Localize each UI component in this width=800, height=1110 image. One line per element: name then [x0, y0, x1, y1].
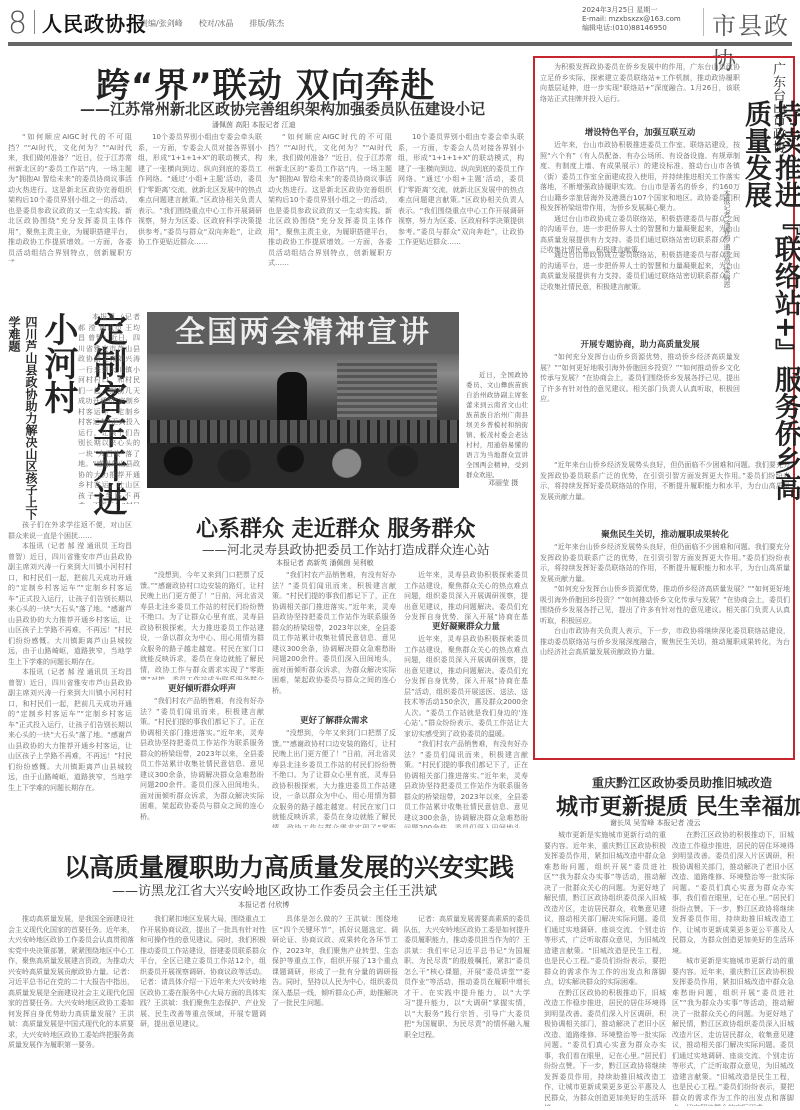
article4-subhead-3: 聚焦民生关切，推动履职成果转化 [540, 528, 790, 540]
article4-intro: 为积极发挥政协委员在侨乡发展中的作用，广东台山市政协立足侨乡实际，探索建立委员联… [540, 62, 740, 128]
article5-byline: 谢长凤 吴雪峰 本报记者 凌云 [610, 818, 701, 828]
article3-title[interactable]: 心系群众 走近群众 服务群众 [196, 512, 475, 543]
article5-kicker: 重庆黔江区政协委员助推旧城改造 [592, 774, 772, 791]
article2-body: 本报讯（记者 郝 滢 通讯员 王均昌 曾智）近日，四川省雅安市芦山县政协副主席刘… [78, 312, 140, 504]
article6-subtitle: ——访黑龙江省大兴安岭地区政协工作委员会主任王洪斌 [112, 880, 437, 899]
article1-body-col2: 10个委员界别小组由专委会牵头联系，一方面，专委会人员对接各界别小组，形成“1+… [138, 132, 262, 262]
page-meta: 2024年3月25日 星期一 E-mail: mzxbsxzx@163.com … [582, 6, 681, 33]
article1-subtitle: ——江苏常州新北区政协完善组织架构加强委员队伍建设小记 [80, 98, 485, 119]
article3-body-col3: 近年来，灵寿县政协积极探索委员工作站建设，聚焦群众关心的热点难点问题，组织委员深… [404, 570, 528, 620]
newspaper-logo: 人民政协报 [42, 8, 147, 37]
layout-credit: 排版/陈杰 [249, 18, 284, 29]
article4-body-5: “近年来台山侨乡经济发展势头良好，但仍面临不少困难和问题。我们要充分发挥政协委员… [540, 542, 790, 754]
article4-byline: 本报记者 汤春梅 通讯员 梁锦恩 [722, 190, 732, 350]
article3-body-col1: “没想到，今年又来到门口把票了反馈。”“感谢政协村口边安装的路灯，让村民晚上出门… [140, 570, 264, 680]
article1-body-col4: 10个委员界别小组由专委会牵头联系，一方面，专委会人员对接各界别小组，形成“1+… [398, 132, 524, 292]
article4-subhead-2: 开展专题协商，助力高质量发展 [540, 338, 740, 350]
photo-railing [147, 420, 459, 444]
photo-credit: 邓丽莹 摄 [488, 478, 518, 488]
article3-subhead-2: 更好了解群众需求 [272, 714, 396, 726]
article1-body-col1: “如何顺应AIGC时代的不可阻挡？”“AI时代，文化何为？”“AI时代来，我们做… [8, 132, 132, 262]
article2-body-continued: 孩子们在外求学往返不便，对山区群众来说一直是个困扰……本报讯（记者 郝 滢 通讯… [8, 520, 132, 830]
article6-body-col3: 具体是怎么做的？王洪斌：围绕地区“四个关键环节”，抓好议题选定、调研论证、协商议… [272, 914, 398, 1106]
article6-body-col2: 我们紧扣地区发展大局，围绕重点工作开展协商议政，提出了一批具有针对性和可操作性的… [140, 914, 266, 1106]
article3-body-col2: “我们村农产品销售难，有没有好办法？”委员们闻讯而来，积极建言献策。“村民们提的… [272, 570, 396, 694]
article3-body-col1b: “我们村农产品销售难，有没有好办法？”委员们闻讯而来，积极建言献策。“村民们提的… [140, 696, 264, 828]
photo-banner-text: 全国两会精神宣讲 [147, 312, 459, 354]
article3-subtitle: ——河北灵寿县政协把委员工作站打造成群众连心站 [202, 540, 490, 558]
article4-body-3: “如何充分发挥台山侨乡资源优势，推动侨乡经济高质量发展？”“如何更好地吸引海外侨… [540, 352, 740, 460]
photo-caption: 近日，全国政协委员、文山彝族苗族自治州政协副主席张蕾来到云南省文山壮族苗族自治州… [466, 370, 528, 478]
article3-body-col2b: “没想到，今年又来到门口把票了反馈。”“感谢政协村口边安装的路灯，让村民晚上出门… [272, 728, 396, 828]
article6-byline: 本报记者 付欣博 [238, 900, 289, 910]
article5-body-col2: 在黔江区政协的积极推动下，旧城改造工作稳步推进，居民的居住环境得到明显改善。委员… [672, 830, 794, 1106]
article6-body-col4: 记者：高质量发展需要高素质的委员队伍，大兴安岭地区政协工委是如何提升委员履职能力… [404, 914, 530, 1106]
article3-body-col3b: 近年来，灵寿县政协积极探索委员工作站建设，聚焦群众关心的热点难点问题，组织委员深… [404, 634, 528, 828]
page-number: 8 [8, 6, 27, 41]
article1-body-col3: “如何顺应AIGC时代的不可阻挡？”“AI时代，文化何为？”“AI时代来，我们做… [268, 132, 392, 292]
article4-body-2: 通过台山市政协成立委员联络站，积极搭建委员与群众之间的沟通平台，进一步把侨界人士… [540, 250, 740, 334]
phone: 编辑电话:(010)88146950 [582, 24, 681, 33]
article1-byline: 潘佩茵 高阳 本报记者 江迪 [212, 120, 296, 130]
masthead-rule [8, 42, 792, 46]
article4-title[interactable]: 持续推进『联络站+』服务侨乡高质量发展 [740, 100, 800, 520]
editor-credits: 责编/张剑峰 校对/冰晶 排版/陈杰 [140, 18, 284, 29]
article3-subhead-3: 更好凝聚群众力量 [404, 620, 528, 632]
editor-credit: 责编/张剑峰 [140, 18, 183, 29]
photo-audience [147, 443, 459, 488]
masthead: 8 人民政协报 责编/张剑峰 校对/冰晶 排版/陈杰 2024年3月25日 星期… [0, 0, 800, 44]
news-photo[interactable]: 全国两会精神宣讲 [147, 312, 459, 488]
divider [34, 10, 35, 34]
article6-title[interactable]: 以高质量履职助力高质量发展的兴安实践 [64, 848, 514, 884]
email[interactable]: E-mail: mzxbsxzx@163.com [582, 15, 681, 24]
article3-byline: 本报记者 高新英 潘佩茵 吴利敏 [276, 558, 374, 568]
photo-brick-wall [337, 360, 437, 420]
article4-subhead-1: 增设特色平台，加强互联互动 [540, 126, 740, 138]
divider [703, 8, 704, 36]
article6-body-col1: 推动高质量发展，是我国全面建设社会主义现代化国家的首要任务。近年来，大兴安岭地区… [8, 914, 134, 1106]
article5-body-col1: 城市更新是实施城市更新行动的重要内容。近年来，重庆黔江区政协积极发挥委员作用，紧… [544, 830, 666, 1106]
article3-subhead-1: 更好倾听群众呼声 [140, 682, 264, 694]
article5-title[interactable]: 城市更新提质 民生幸福加码 [556, 790, 800, 821]
proofreader-credit: 校对/冰晶 [199, 18, 234, 29]
issue-date: 2024年3月25日 星期一 [582, 6, 681, 15]
